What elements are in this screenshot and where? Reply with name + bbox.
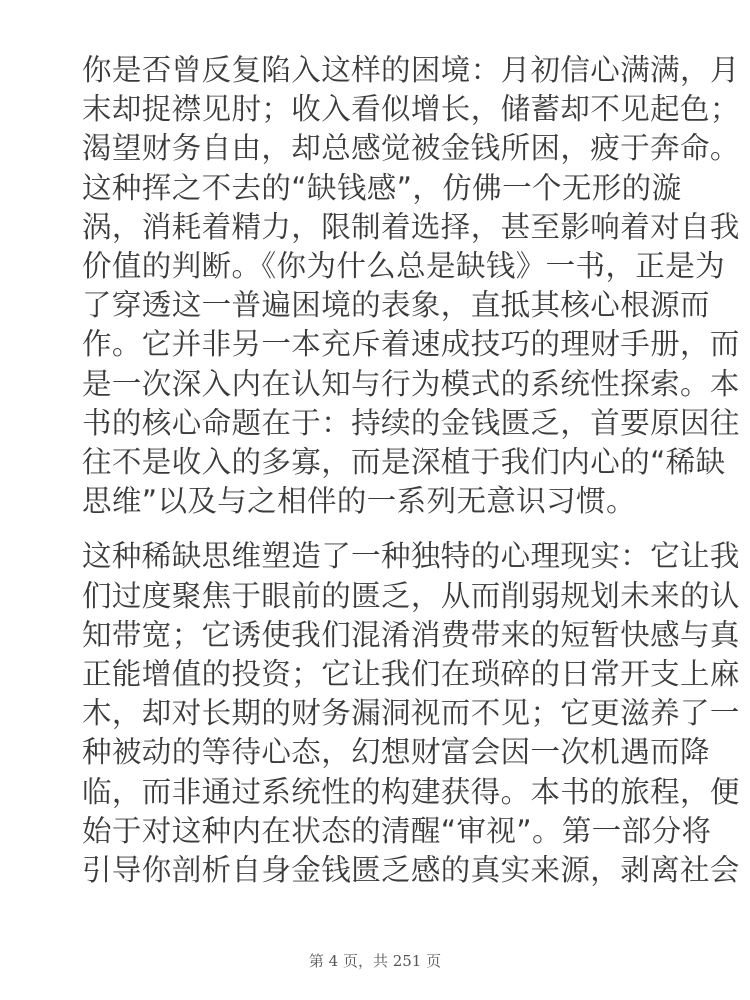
text-line: 了穿透这一普遍困境的表象，直抵其核心根源而 [82,286,668,325]
page-indicator: 第 4 页，共 251 页 [0,950,750,971]
text-line: 临，而非通过系统性的构建获得。本书的旅程，便 [82,773,668,812]
text-line: 们过度聚焦于眼前的匮乏，从而削弱规划未来的认 [82,577,668,616]
document-page: 你是否曾反复陷入这样的困境：月初信心满满，月 末却捉襟见肘；收入看似增长，储蓄却… [82,51,668,906]
text-line: 引导你剖析自身金钱匮乏感的真实来源，剥离社会 [82,851,668,890]
paragraph-1: 你是否曾反复陷入这样的困境：月初信心满满，月 末却捉襟见肘；收入看似增长，储蓄却… [82,51,668,521]
text-line: 渴望财务自由，却总感觉被金钱所困，疲于奔命。 [82,129,668,168]
text-line: 你是否曾反复陷入这样的困境：月初信心满满，月 [82,51,668,90]
text-line: 是一次深入内在认知与行为模式的系统性探索。本 [82,365,668,404]
text-line: 书的核心命题在于：持续的金钱匮乏，首要原因往 [82,404,668,443]
text-line: 作。它并非另一本充斥着速成技巧的理财手册，而 [82,325,668,364]
paragraph-2: 这种稀缺思维塑造了一种独特的心理现实：它让我 们过度聚焦于眼前的匮乏，从而削弱规… [82,537,668,890]
text-line: 始于对这种内在状态的清醒“审视”。第一部分将 [82,812,668,851]
text-line: 思维”以及与之相伴的一系列无意识习惯。 [82,482,668,521]
text-line: 价值的判断。《你为什么总是缺钱》一书，正是为 [82,247,668,286]
text-line: 往不是收入的多寡，而是深植于我们内心的“稀缺 [82,443,668,482]
text-line: 这种稀缺思维塑造了一种独特的心理现实：它让我 [82,537,668,576]
text-line: 知带宽；它诱使我们混淆消费带来的短暂快感与真 [82,616,668,655]
text-line: 这种挥之不去的“缺钱感”，仿佛一个无形的漩 [82,169,668,208]
text-line: 末却捉襟见肘；收入看似增长，储蓄却不见起色； [82,90,668,129]
text-line: 涡，消耗着精力，限制着选择，甚至影响着对自我 [82,208,668,247]
text-line: 木，却对长期的财务漏洞视而不见；它更滋养了一 [82,694,668,733]
text-line: 正能增值的投资；它让我们在琐碎的日常开支上麻 [82,655,668,694]
text-line: 种被动的等待心态，幻想财富会因一次机遇而降 [82,733,668,772]
